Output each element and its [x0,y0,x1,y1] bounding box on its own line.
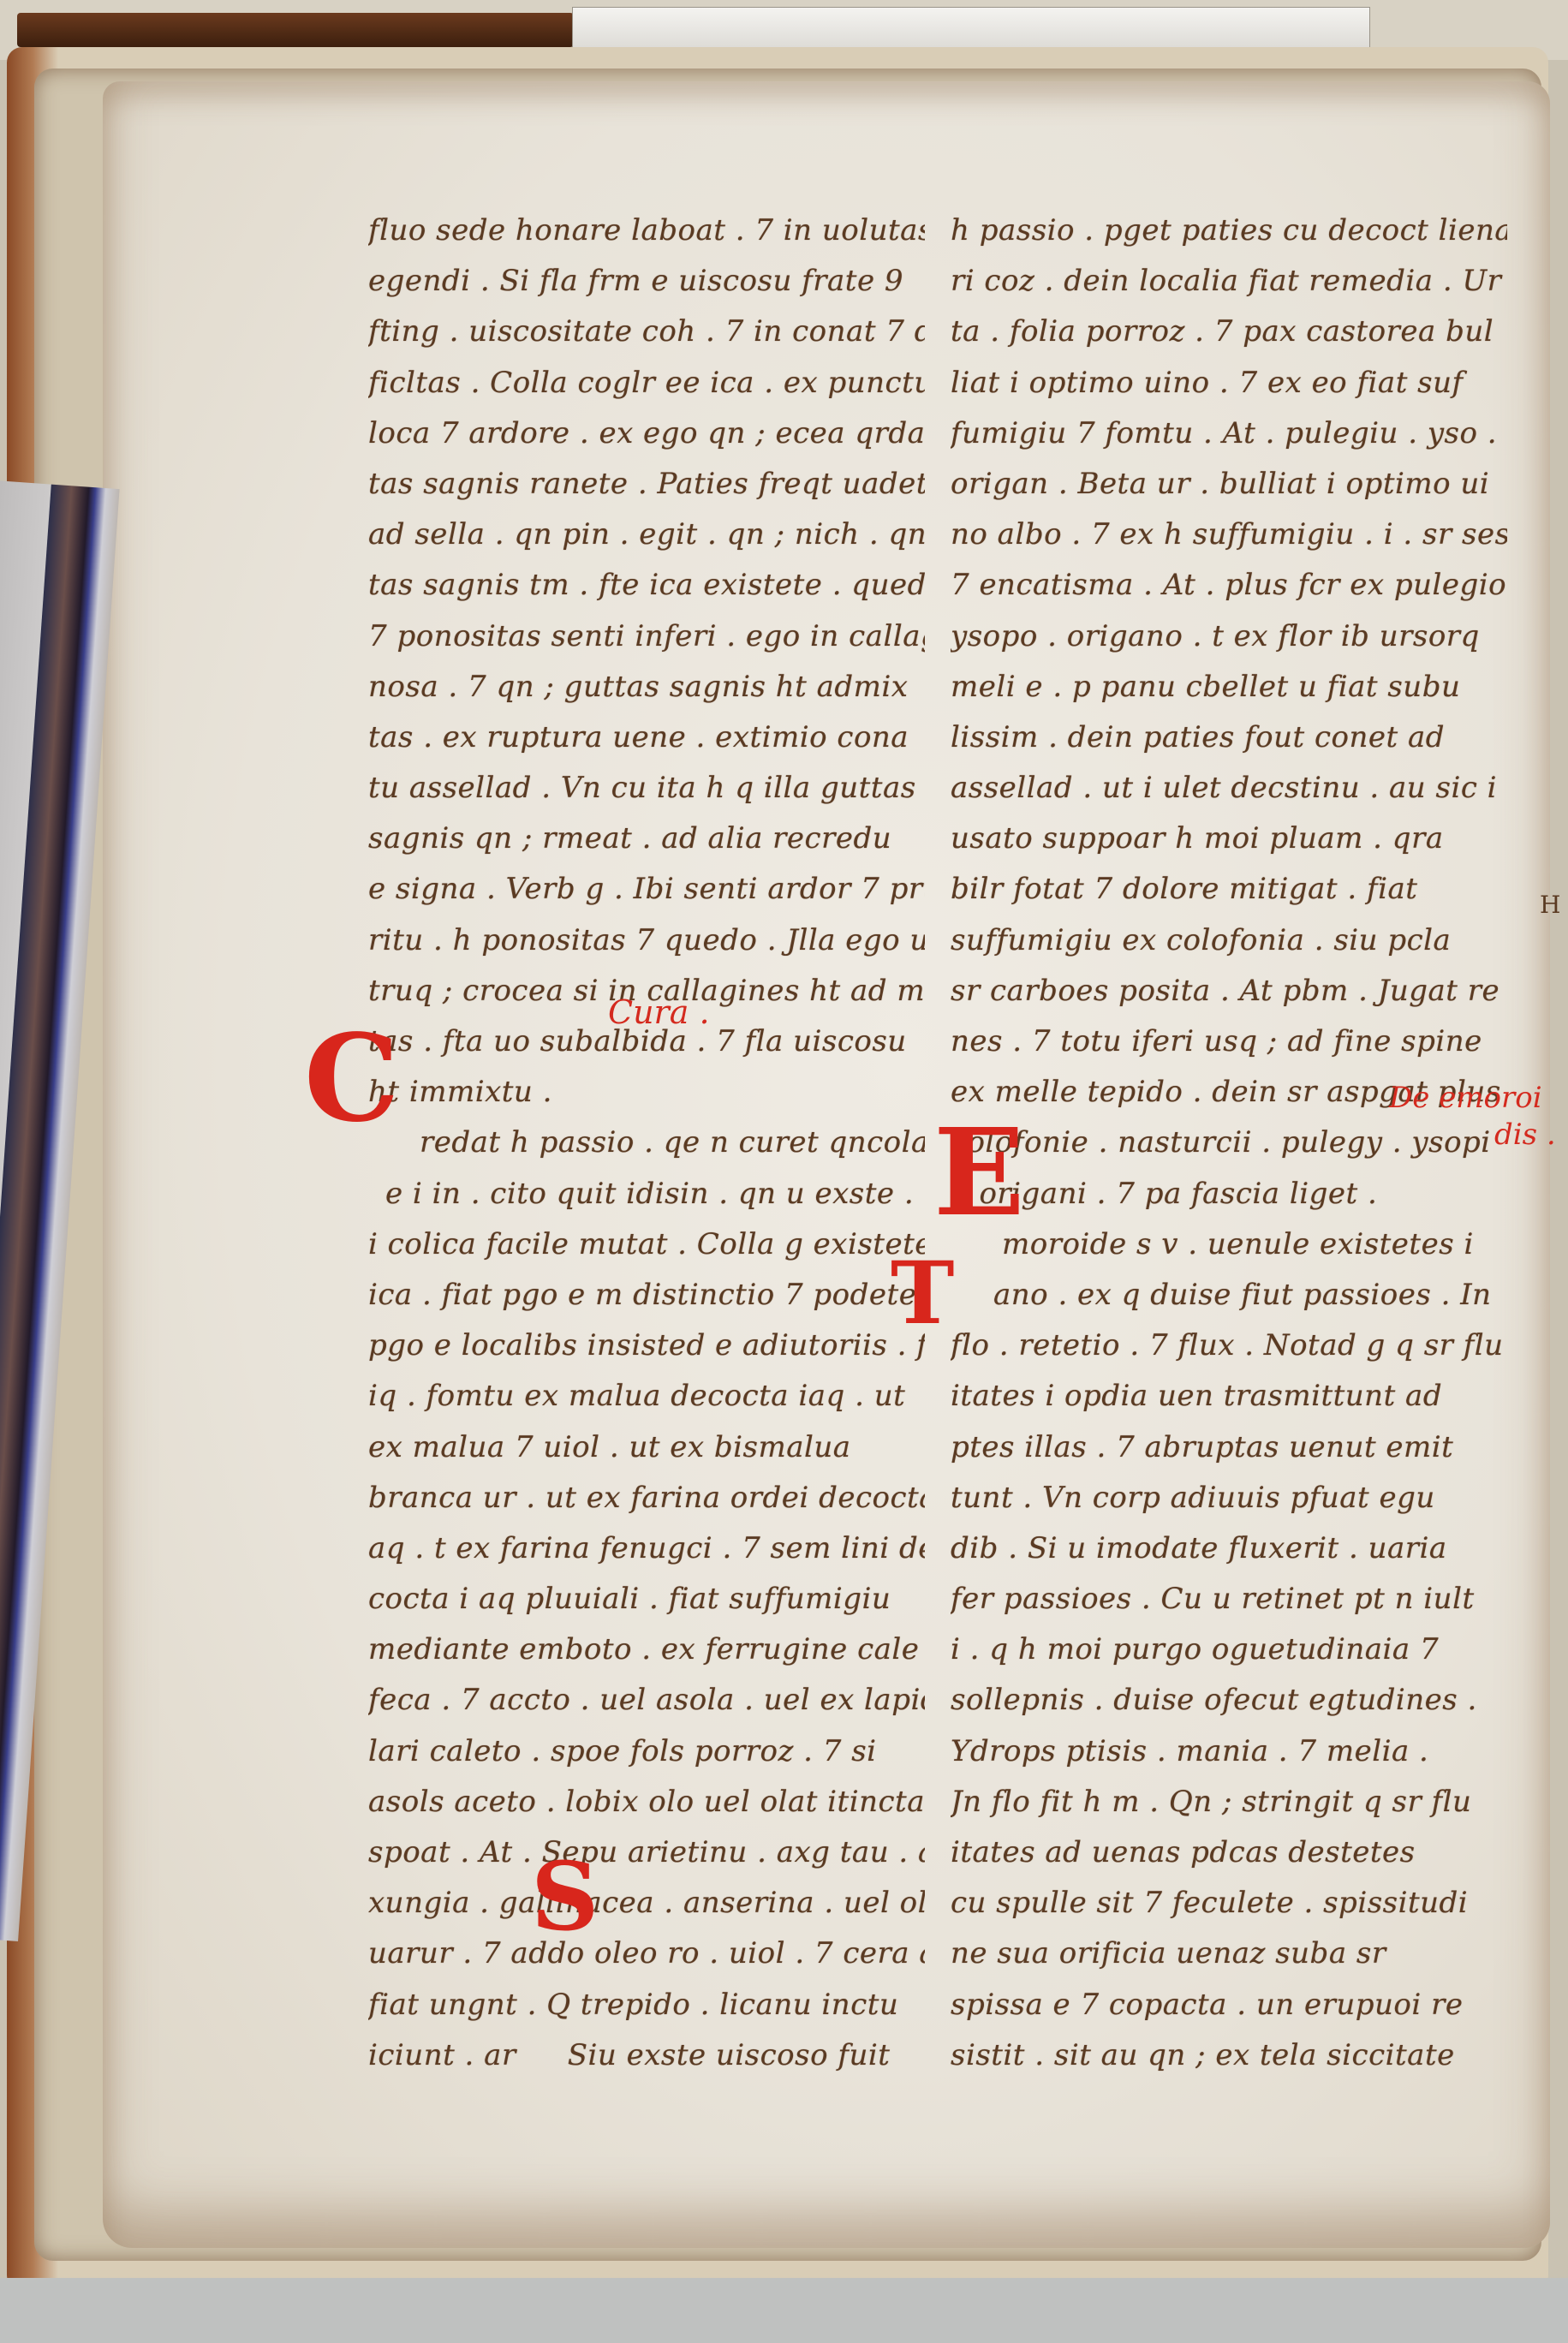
text-line: ht immixtu . [368,1067,925,1118]
text-line: mediante emboto . ex ferrugine cale [368,1625,925,1675]
text-line: branca ur . ut ex farina ordei decocta i [368,1473,925,1523]
text-line: usato suppoar h moi pluam . qra [951,814,1507,864]
text-line: 7 encatisma . At . plus fcr ex pulegio [951,560,1507,611]
leather-strap [17,13,574,47]
text-line: itates i opdia uen trasmittunt ad [951,1371,1507,1422]
text-line: nosa . 7 qn ; guttas sagnis ht admix [368,662,925,712]
text-line: no albo . 7 ex h suffumigiu . i . sr ses… [951,510,1507,560]
text-line: pgo e localibs insisted e adiutoriis . f… [368,1321,925,1371]
text-line: 7 ponositas senti inferi . ego in callag… [368,611,925,662]
text-line: Jn flo fit h m . Qn ; stringit q sr flu [951,1777,1507,1827]
text-line: ptes illas . 7 abruptas uenut emit [951,1422,1507,1473]
text-line: xungia . gallinacea . anserina . uel ol [368,1878,925,1929]
left-column: fluo sede honare laboat . 7 in uolutas e… [368,206,925,2081]
text-line: spissa e 7 copacta . un erupuoi re [951,1980,1507,2030]
text-line: e i in . cito quit idisin . qn u exste . [368,1169,925,1219]
text-line: fer passioes . Cu u retinet pt n iult [951,1574,1507,1625]
text-line: ficltas . Colla coglr ee ica . ex punctu… [368,358,925,408]
text-line: lissim . dein paties fout conet ad [951,712,1507,763]
text-line: tu assellad . Vn cu ita h q illa guttas [368,763,925,814]
text-line: i . q h moi purgo oguetudinaia 7 [951,1625,1507,1675]
text-line: meli e . p panu cbellet u fiat subu [951,662,1507,712]
text-line: aq . t ex farina fenugci . 7 sem lini de [368,1523,925,1574]
text-line: asols aceto . lobix olo uel olat itincta… [368,1777,925,1827]
text-line: spoat . At . Sepu arietinu . axg tau . a [368,1827,925,1878]
text-line: ne sua orificia uenaz suba sr [951,1929,1507,1979]
text-line: ta . folia porroz . 7 pax castorea bul [951,307,1507,357]
text-line: tas sagnis ranete . Paties freqt uadet [368,459,925,510]
text-line: tunt . Vn corp adiuuis pfuat egu [951,1473,1507,1523]
text-line: fluo sede honare laboat . 7 in uolutas [368,206,925,256]
paper-label-strip [572,7,1370,51]
margin-rubric-line-2: dis . [1494,1118,1556,1152]
text-line: egendi . Si fla frm e uiscosu frate 9 [368,256,925,307]
text-line: sistit . sit au qn ; ex tela siccitate [951,2030,1507,2081]
text-line: ritu . h ponositas 7 quedo . Jlla ego u [368,915,925,966]
margin-mark: H [1540,891,1560,919]
text-line: fumigiu 7 fomtu . At . pulegiu . yso . [951,408,1507,459]
text-line: assellad . ut i ulet decstinu . au sic i [951,763,1507,814]
text-fragment: Siu exste uiscoso fuit [568,2038,891,2072]
text-line: fiat ungnt . Q trepido . licanu inctu [368,1980,925,2030]
text-line: h passio . pget paties cu decoct lienae [951,206,1507,256]
text-line: ex malua 7 uiol . ut ex bismalua [368,1422,925,1473]
background-surface-bottom [0,2278,1568,2343]
text-line: 7 origani . 7 pa fascia liget . [951,1169,1507,1219]
text-line: e signa . Verb g . Ibi senti ardor 7 pru [368,864,925,915]
text-line: origan . Beta ur . bulliat i optimo ui [951,459,1507,510]
text-line: nes . 7 totu iferi usq ; ad fine spine [951,1016,1507,1067]
margin-rubric-line-1: De emoroi [1389,1081,1542,1115]
text-line: i colica facile mutat . Colla g existete [368,1219,925,1270]
text-line: flo . retetio . 7 flux . Notad g q sr fl… [951,1321,1507,1371]
text-line: tas . ex ruptura uene . extimio cona [368,712,925,763]
text-line: colofonie . nasturcii . pulegy . ysopi [951,1118,1507,1168]
right-column: h passio . pget paties cu decoct lienae … [951,206,1507,2081]
text-line: ysopo . origano . t ex flor ib ursorq [951,611,1507,662]
text-line: dib . Si u imodate fluxerit . uaria [951,1523,1507,1574]
red-initial-e: E [933,1113,1025,1233]
text-line: iq . fomtu ex malua decocta iaq . ut [368,1371,925,1422]
text-line: lari caleto . spoe fols porroz . 7 si [368,1726,925,1777]
text-line: suffumigiu ex colofonia . siu pcla [951,915,1507,966]
text-line: Ydrops ptisis . mania . 7 melia . [951,1726,1507,1777]
text-line: ano . ex q duise fiut passioes . In [951,1270,1507,1321]
red-initial-s: S [531,1850,599,1944]
text-fragment: iciunt . ar [368,2038,516,2072]
text-line: ri coz . dein localia fiat remedia . Ur [951,256,1507,307]
text-line: sagnis qn ; rmeat . ad alia recredu [368,814,925,864]
red-paragraph-mark: T [891,1250,954,1336]
text-line: sollepnis . duise ofecut egtudines . [951,1675,1507,1726]
text-line: ica . fiat pgo e m distinctio 7 podete [368,1270,925,1321]
text-line: liat i optimo uino . 7 ex eo fiat suf [951,358,1507,408]
text-line: bilr fotat 7 dolore mitigat . fiat [951,864,1507,915]
text-line: sr carboes posita . At pbm . Jugat re [951,966,1507,1016]
text-line: cocta i aq pluuiali . fiat suffumigiu [368,1574,925,1625]
text-line: tas sagnis tm . fte ica existete . quedo [368,560,925,611]
text-line: cu spulle sit 7 feculete . spissitudi [951,1878,1507,1929]
red-initial-c: C [304,1019,399,1139]
text-line: loca 7 ardore . ex ego qn ; ecea qrdagut [368,408,925,459]
text-line: itates ad uenas pdcas destetes [951,1827,1507,1878]
text-line: iciunt . arSiu exste uiscoso fuit [368,2030,925,2081]
text-line: redat h passio . qe n curet qncola [368,1118,925,1168]
text-line: ad sella . qn pin . egit . qn ; nich . q… [368,510,925,560]
text-line: feca . 7 accto . uel asola . uel ex lapi… [368,1675,925,1726]
text-line: moroide s v . uenule existetes i [951,1219,1507,1270]
text-line: fting . uiscositate coh . 7 in conat 7 d… [368,307,925,357]
text-line: uarur . 7 addo oleo ro . uiol . 7 cera a… [368,1929,925,1979]
rubric-heading-cura: Cura . [608,993,710,1031]
